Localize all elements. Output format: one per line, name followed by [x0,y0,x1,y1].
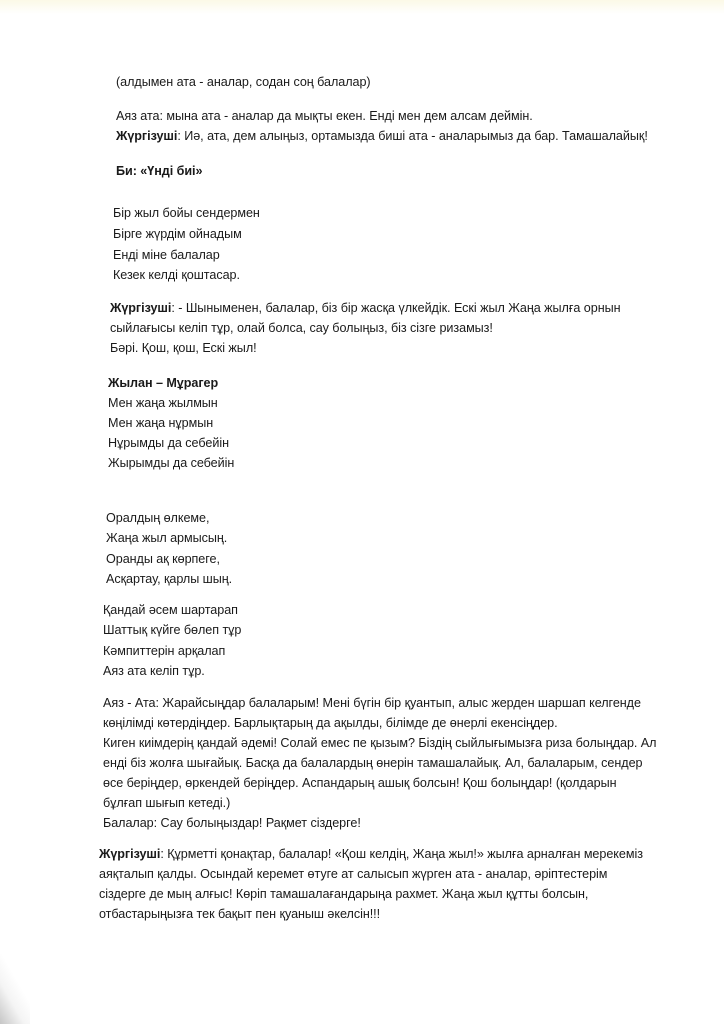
poem-4-line: Кәмпиттерін арқалап [103,643,225,659]
ayaz-text: : мына ата - аналар да мықты екен. Енді … [160,109,533,123]
ayaz-speech-line: Аяз - Ата: Жарайсыңдар балаларым! Мені б… [103,695,641,711]
intro-note: (алдымен ата - аналар, содан соң балалар… [116,74,371,90]
host-text: : - Шыныменен, балалар, біз бір жасқа үл… [171,301,620,315]
closing-line-1: Жүргізуші: Құрметті қонақтар, балалар! «… [99,846,643,862]
host-line-2: Жүргізуші: - Шыныменен, балалар, біз бір… [110,300,621,316]
poem-4-line: Қандай әсем шартарап [103,602,238,618]
poem-3-line: Асқартау, қарлы шың. [106,571,232,587]
poem-1-line: Кезек келді қоштасар. [113,267,240,283]
poem-1-line: Енді міне балалар [113,247,220,263]
closing-line-2: аяқталып қалды. Осындай керемет өтуге ат… [99,866,607,882]
poem-2-line: Мен жаңа нұрмын [108,415,213,431]
dance-title: Би: «Үнді биі» [116,163,202,179]
snake-heading: Жылан – Мұрагер [108,375,218,391]
host-text: : Иә, ата, дем алыңыз, ортамызда биші ат… [177,129,647,143]
ayaz-speech-line: енді біз жолға шығайық. Басқа да балалар… [103,755,642,771]
closing-text: : Құрметті қонақтар, балалар! «Қош келді… [160,847,643,861]
scan-artifact-top [0,0,724,14]
speaker-host: Жүргізуші [110,301,171,315]
ayaz-speech-line: бұлғап шығып кетеді.) [103,795,230,811]
speaker-ayaz: Аяз ата [116,109,160,123]
scan-artifact-corner [0,954,30,1024]
host-line-1: Жүргізуші: Иә, ата, дем алыңыз, ортамызд… [116,128,648,144]
ayaz-line: Аяз ата: мына ата - аналар да мықты екен… [116,108,533,124]
host-line-2-cont: сыйлағысы келіп тұр, олай болса, сау бол… [110,320,493,336]
poem-4-line: Аяз ата келіп тұр. [103,663,205,679]
poem-2-line: Жырымды да себейін [108,455,234,471]
all-line: Бәрі. Қош, қош, Ескі жыл! [110,340,257,356]
speaker-host: Жүргізуші [116,129,177,143]
poem-1-line: Бір жыл бойы сендермен [113,205,260,221]
poem-2-line: Нұрымды да себейін [108,435,229,451]
poem-3-line: Оралдың өлкеме, [106,510,209,526]
ayaz-speech-line: көңілімді көтердіңдер. Барлықтарың да ақ… [103,715,558,731]
closing-line-3: сіздерге де мың алғыс! Көріп тамашалаған… [99,886,588,902]
poem-3-line: Оранды ақ көрпеге, [106,551,220,567]
speaker-host: Жүргізуші [99,847,160,861]
poem-2-line: Мен жаңа жылмын [108,395,218,411]
ayaz-speech-line: Киген киімдерің қандай әдемі! Солай емес… [103,735,656,751]
ayaz-speech-line: өсе беріңдер, өркендей беріңдер. Аспанда… [103,775,617,791]
closing-line-4: отбастарыңызға тек бақыт пен қуаныш әкел… [99,906,380,922]
poem-1-line: Бірге жүрдім ойнадым [113,226,242,242]
poem-4-line: Шаттық күйге бөлеп тұр [103,622,241,638]
poem-3-line: Жаңа жыл армысың. [106,530,227,546]
children-reply: Балалар: Сау болыңыздар! Рақмет сіздерге… [103,815,361,831]
